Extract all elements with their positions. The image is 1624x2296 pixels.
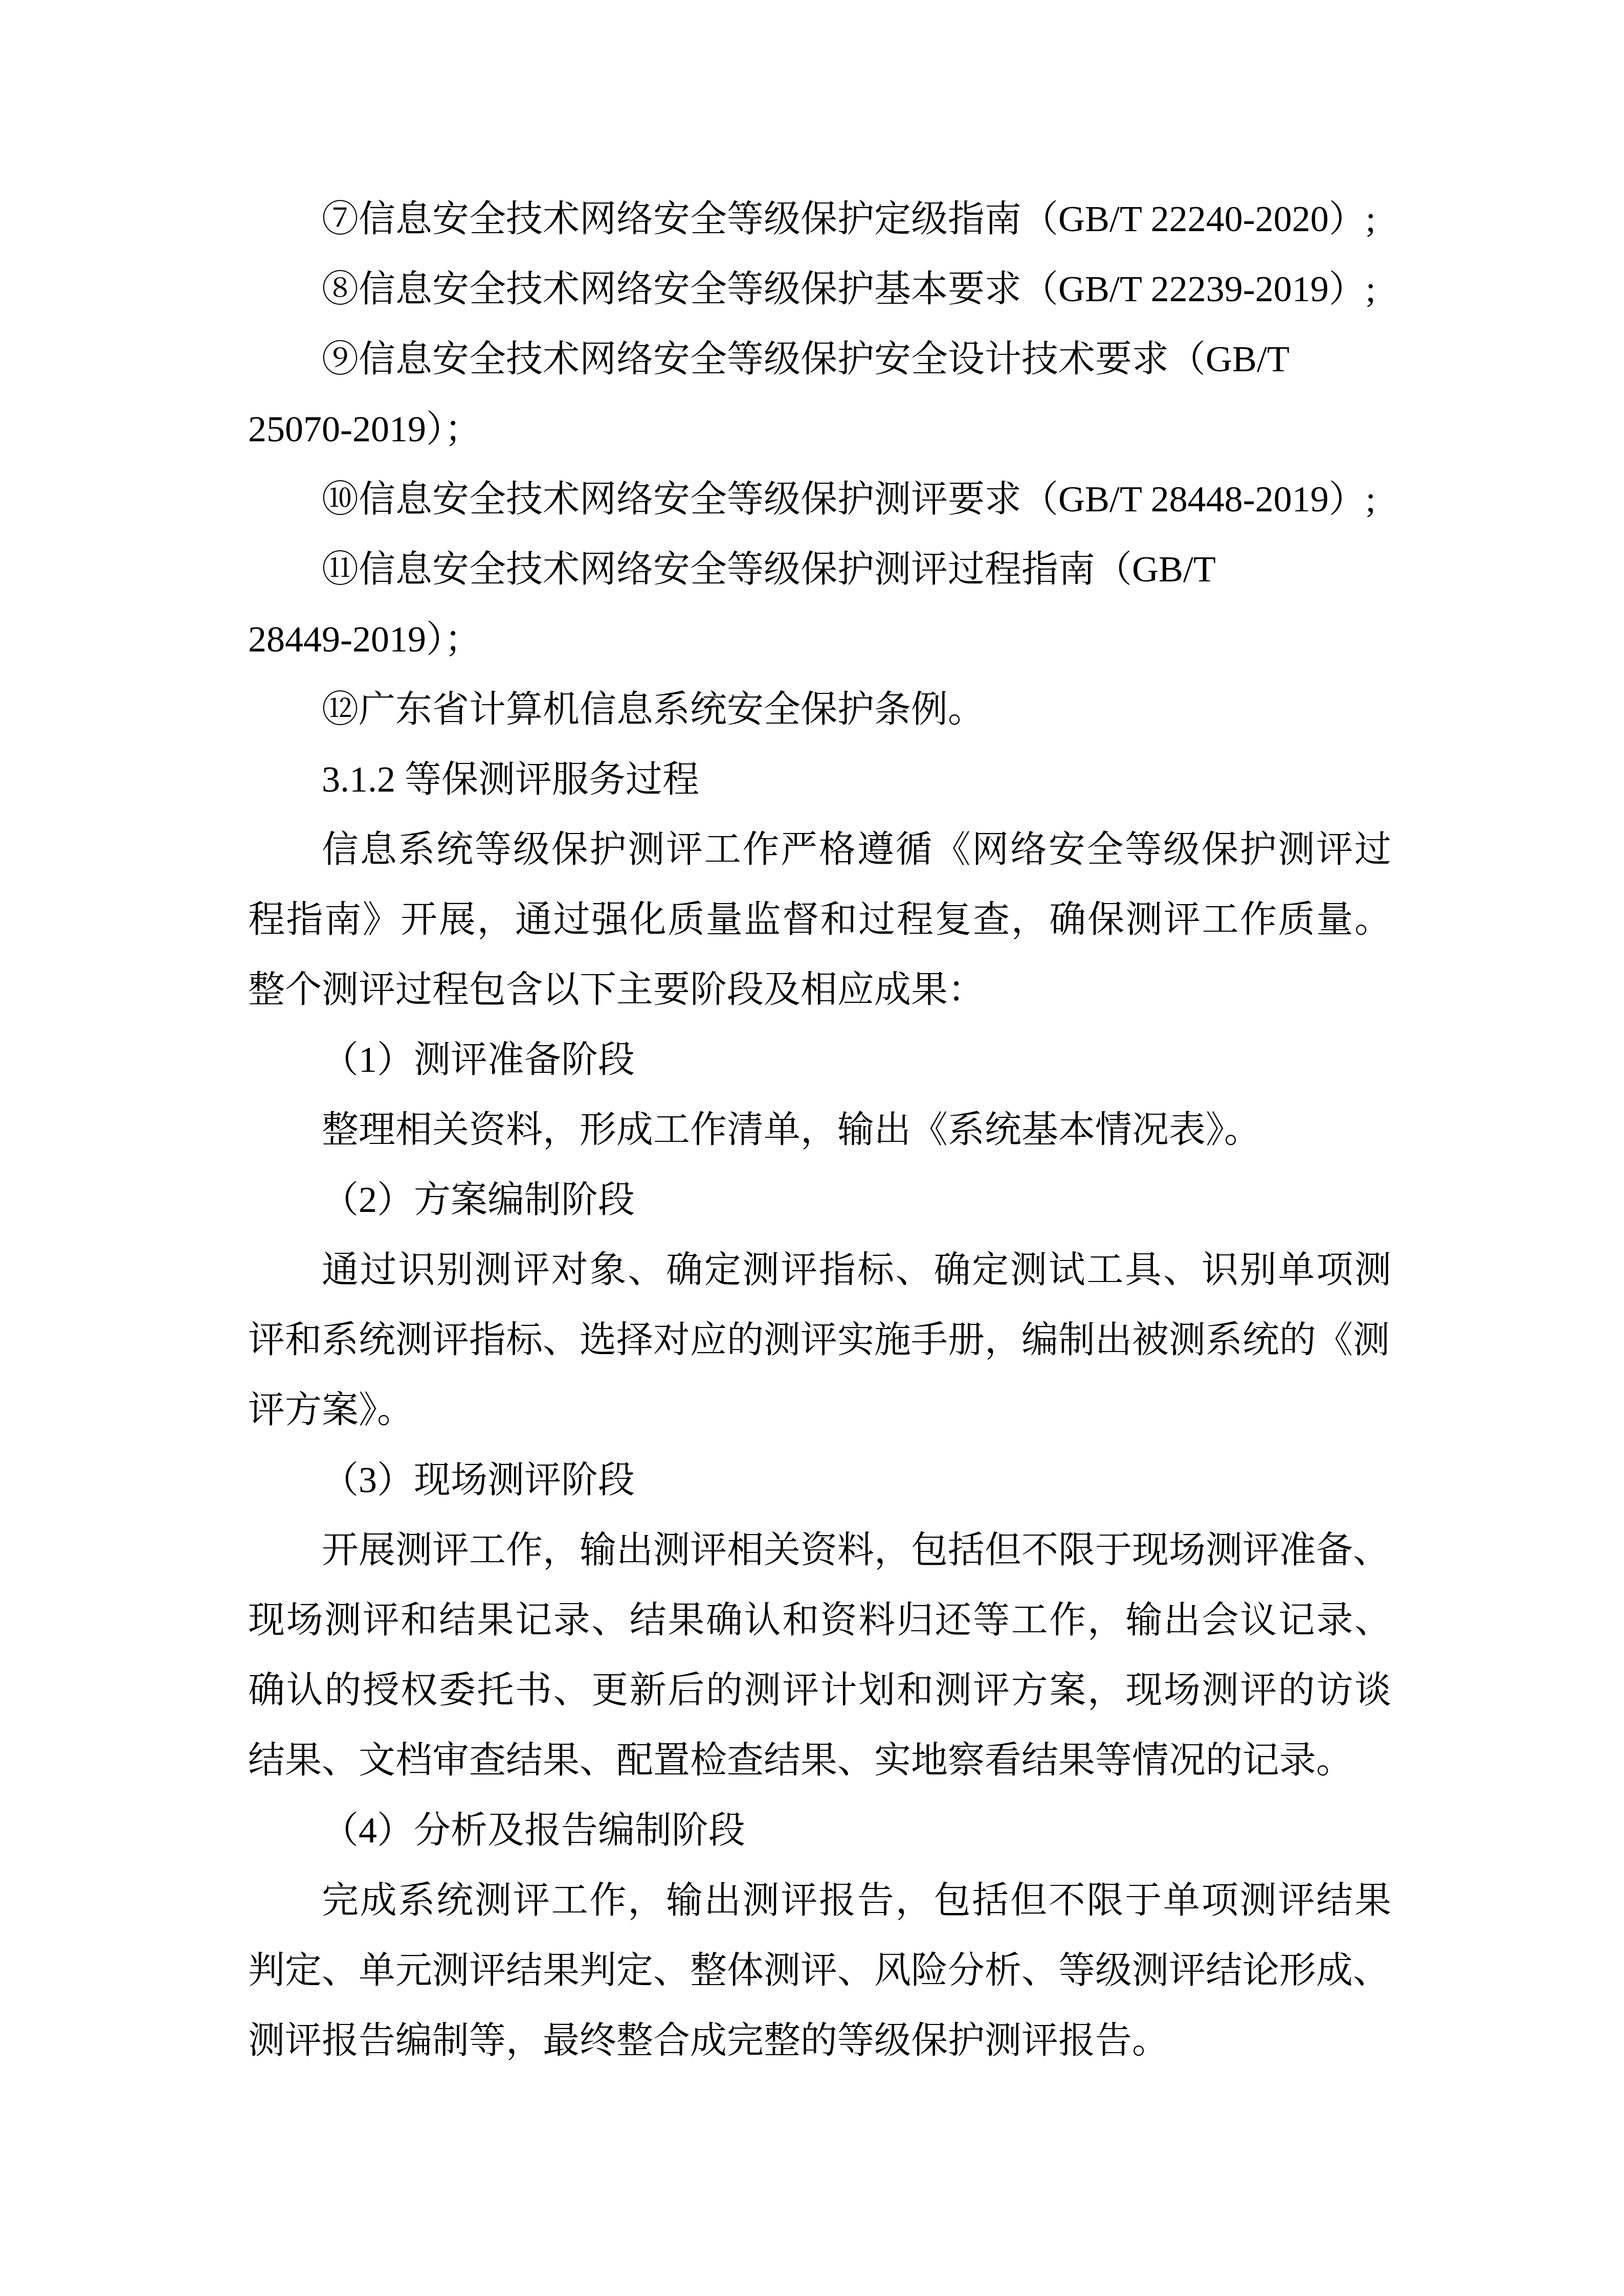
text-line: 测评报告编制等，最终整合成完整的等级保护测评报告。 <box>248 2006 1391 2076</box>
text-line: 完成系统测评工作，输出测评报告，包括但不限于单项测评结果 <box>248 1865 1391 1935</box>
text-line: 信息系统等级保护测评工作严格遵循《网络安全等级保护测评过 <box>248 815 1391 885</box>
text-line: 3.1.2 等保测评服务过程 <box>248 745 1391 815</box>
text-line: ⑩信息安全技术网络安全等级保护测评要求（GB/T 28448-2019）; <box>248 464 1391 534</box>
text-line: 判定、单元测评结果判定、整体测评、风险分析、等级测评结论形成、 <box>248 1935 1391 2006</box>
text-line: 评方案》。 <box>248 1375 1391 1445</box>
text-line: ⑪信息安全技术网络安全等级保护测评过程指南（GB/T <box>248 534 1391 604</box>
text-line: 整个测评过程包含以下主要阶段及相应成果： <box>248 955 1391 1025</box>
text-line: （2）方案编制阶段 <box>248 1165 1391 1235</box>
text-line: （4）分析及报告编制阶段 <box>248 1795 1391 1865</box>
text-line: ⑦信息安全技术网络安全等级保护定级指南（GB/T 22240-2020）; <box>248 184 1391 254</box>
text-line: 确认的授权委托书、更新后的测评计划和测评方案，现场测评的访谈 <box>248 1655 1391 1725</box>
text-line: ⑨信息安全技术网络安全等级保护安全设计技术要求（GB/T <box>248 324 1391 394</box>
text-line: （3）现场测评阶段 <box>248 1445 1391 1515</box>
text-line: 评和系统测评指标、选择对应的测评实施手册，编制出被测系统的《测 <box>248 1305 1391 1375</box>
text-line: 结果、文档审查结果、配置检查结果、实地察看结果等情况的记录。 <box>248 1725 1391 1795</box>
text-line: 程指南》开展，通过强化质量监督和过程复查，确保测评工作质量。 <box>248 885 1391 955</box>
text-line: ⑧信息安全技术网络安全等级保护基本要求（GB/T 22239-2019）; <box>248 254 1391 324</box>
text-line: 整理相关资料，形成工作清单，输出《系统基本情况表》。 <box>248 1095 1391 1165</box>
text-line: ⑫广东省计算机信息系统安全保护条例。 <box>248 674 1391 745</box>
text-line: 25070-2019）； <box>248 394 1391 464</box>
text-line: 现场测评和结果记录、结果确认和资料归还等工作，输出会议记录、 <box>248 1585 1391 1655</box>
document-text-block: ⑦信息安全技术网络安全等级保护定级指南（GB/T 22240-2020）;⑧信息… <box>248 184 1391 2076</box>
document-page: ⑦信息安全技术网络安全等级保护定级指南（GB/T 22240-2020）;⑧信息… <box>0 0 1624 2296</box>
text-line: （1）测评准备阶段 <box>248 1025 1391 1095</box>
text-line: 通过识别测评对象、确定测评指标、确定测试工具、识别单项测 <box>248 1235 1391 1305</box>
text-line: 开展测评工作，输出测评相关资料，包括但不限于现场测评准备、 <box>248 1515 1391 1585</box>
text-line: 28449-2019）； <box>248 604 1391 674</box>
